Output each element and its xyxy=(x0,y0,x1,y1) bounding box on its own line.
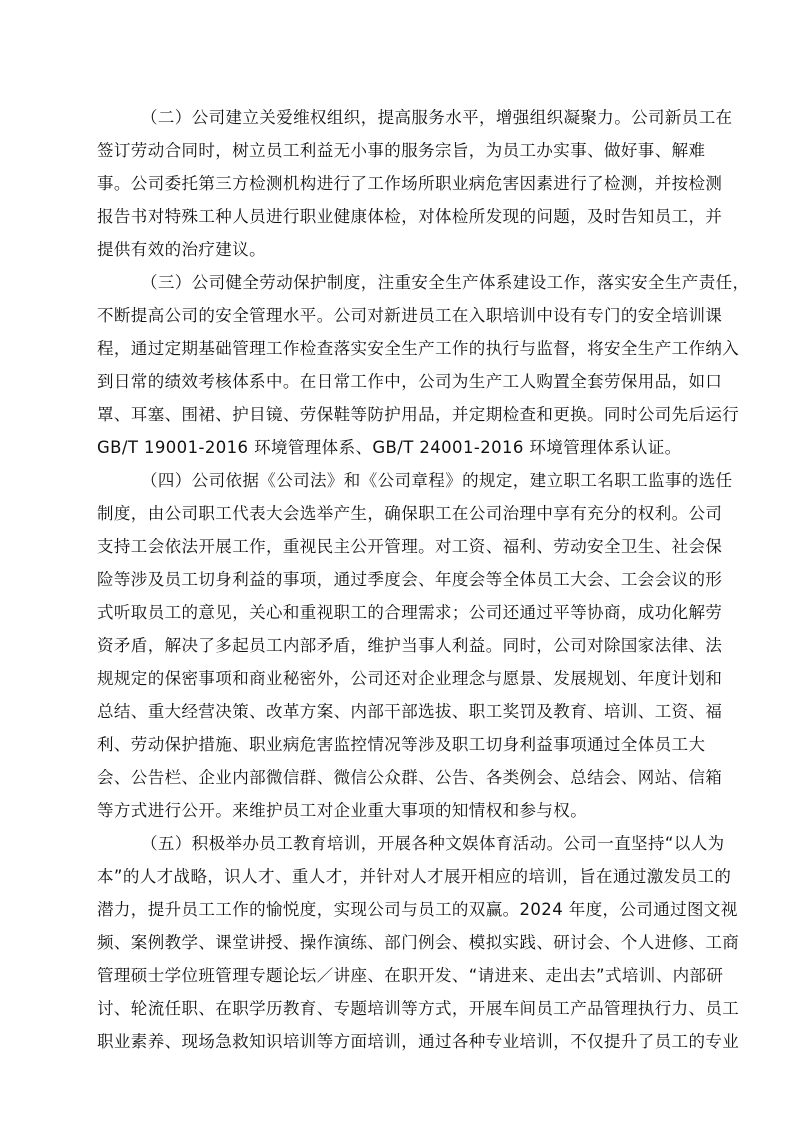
text-line: 险等涉及员工切身利益的事项，通过季度会、年度会等全体员工大会、工会会议的形 xyxy=(97,563,699,596)
text-line: 制度，由公司职工代表大会选举产生，确保职工在公司治理中享有充分的权利。公司 xyxy=(97,497,699,530)
text-line: 提供有效的治疗建议。 xyxy=(97,233,699,266)
text-line: 到日常的绩效考核体系中。在日常工作中，公司为生产工人购置全套劳保用品，如口 xyxy=(97,365,699,398)
text-line: 管理硕士学位班管理专题论坛／讲座、在职开发、“请进来、走出去”式培训、内部研 xyxy=(97,959,699,992)
text-line: 等方式进行公开。来维护员工对企业重大事项的知情权和参与权。 xyxy=(97,794,699,827)
paragraph-section-2: （二）公司建立关爱维权组织，提高服务水平，增强组织凝聚力。公司新员工在 签订劳动… xyxy=(97,101,699,266)
paragraph-section-3: （三）公司健全劳动保护制度，注重安全生产体系建设工作，落实安全生产责任， 不断提… xyxy=(97,266,699,464)
text-line: 签订劳动合同时，树立员工利益无小事的服务宗旨，为员工办实事、做好事、解难 xyxy=(97,134,699,167)
text-line: 不断提高公司的安全管理水平。公司对新进员工在入职培训中设有专门的安全培训课 xyxy=(97,299,699,332)
document-page: （二）公司建立关爱维权组织，提高服务水平，增强组织凝聚力。公司新员工在 签订劳动… xyxy=(97,101,699,1058)
text-line: 资矛盾，解决了多起员工内部矛盾，维护当事人利益。同时，公司对除国家法律、法 xyxy=(97,629,699,662)
text-line: 职业素养、现场急救知识培训等方面培训，通过各种专业培训，不仅提升了员工的专业 xyxy=(97,1025,699,1058)
text-line: （四）公司依据《公司法》和《公司章程》的规定，建立职工名职工监事的选任 xyxy=(97,464,699,497)
text-line: 程，通过定期基础管理工作检查落实安全生产工作的执行与监督，将安全生产工作纳入 xyxy=(97,332,699,365)
text-line: 总结、重大经营决策、改革方案、内部干部选拔、职工奖罚及教育、培训、工资、福 xyxy=(97,695,699,728)
text-line: （三）公司健全劳动保护制度，注重安全生产体系建设工作，落实安全生产责任， xyxy=(97,266,699,299)
text-line: 频、案例教学、课堂讲授、操作演练、部门例会、模拟实践、研讨会、个人进修、工商 xyxy=(97,926,699,959)
text-line: 报告书对特殊工种人员进行职业健康体检，对体检所发现的问题，及时告知员工，并 xyxy=(97,200,699,233)
text-line: 罩、耳塞、围裙、护目镜、劳保鞋等防护用品，并定期检查和更换。同时公司先后运行 xyxy=(97,398,699,431)
paragraph-section-5: （五）积极举办员工教育培训，开展各种文娱体育活动。公司一直坚持“以人为 本”的人… xyxy=(97,827,699,1058)
text-line: 事。公司委托第三方检测机构进行了工作场所职业病危害因素进行了检测，并按检测 xyxy=(97,167,699,200)
text-line: 潜力，提升员工工作的愉悦度，实现公司与员工的双赢。2024 年度，公司通过图文视 xyxy=(97,893,699,926)
text-line: 规规定的保密事项和商业秘密外，公司还对企业理念与愿景、发展规划、年度计划和 xyxy=(97,662,699,695)
paragraph-section-4: （四）公司依据《公司法》和《公司章程》的规定，建立职工名职工监事的选任 制度，由… xyxy=(97,464,699,827)
text-line: 本”的人才战略，识人才、重人才，并针对人才展开相应的培训，旨在通过激发员工的 xyxy=(97,860,699,893)
text-line: 利、劳动保护措施、职业病危害监控情况等涉及职工切身利益事项通过全体员工大 xyxy=(97,728,699,761)
text-line: 会、公告栏、企业内部微信群、微信公众群、公告、各类例会、总结会、网站、信箱 xyxy=(97,761,699,794)
text-line: 支持工会依法开展工作，重视民主公开管理。对工资、福利、劳动安全卫生、社会保 xyxy=(97,530,699,563)
text-line: GB/T 19001-2016 环境管理体系、GB/T 24001-2016 环… xyxy=(97,431,699,464)
text-line: 讨、轮流任职、在职学历教育、专题培训等方式，开展车间员工产品管理执行力、员工 xyxy=(97,992,699,1025)
text-line: 式听取员工的意见，关心和重视职工的合理需求；公司还通过平等协商，成功化解劳 xyxy=(97,596,699,629)
text-line: （五）积极举办员工教育培训，开展各种文娱体育活动。公司一直坚持“以人为 xyxy=(97,827,699,860)
text-line: （二）公司建立关爱维权组织，提高服务水平，增强组织凝聚力。公司新员工在 xyxy=(97,101,699,134)
